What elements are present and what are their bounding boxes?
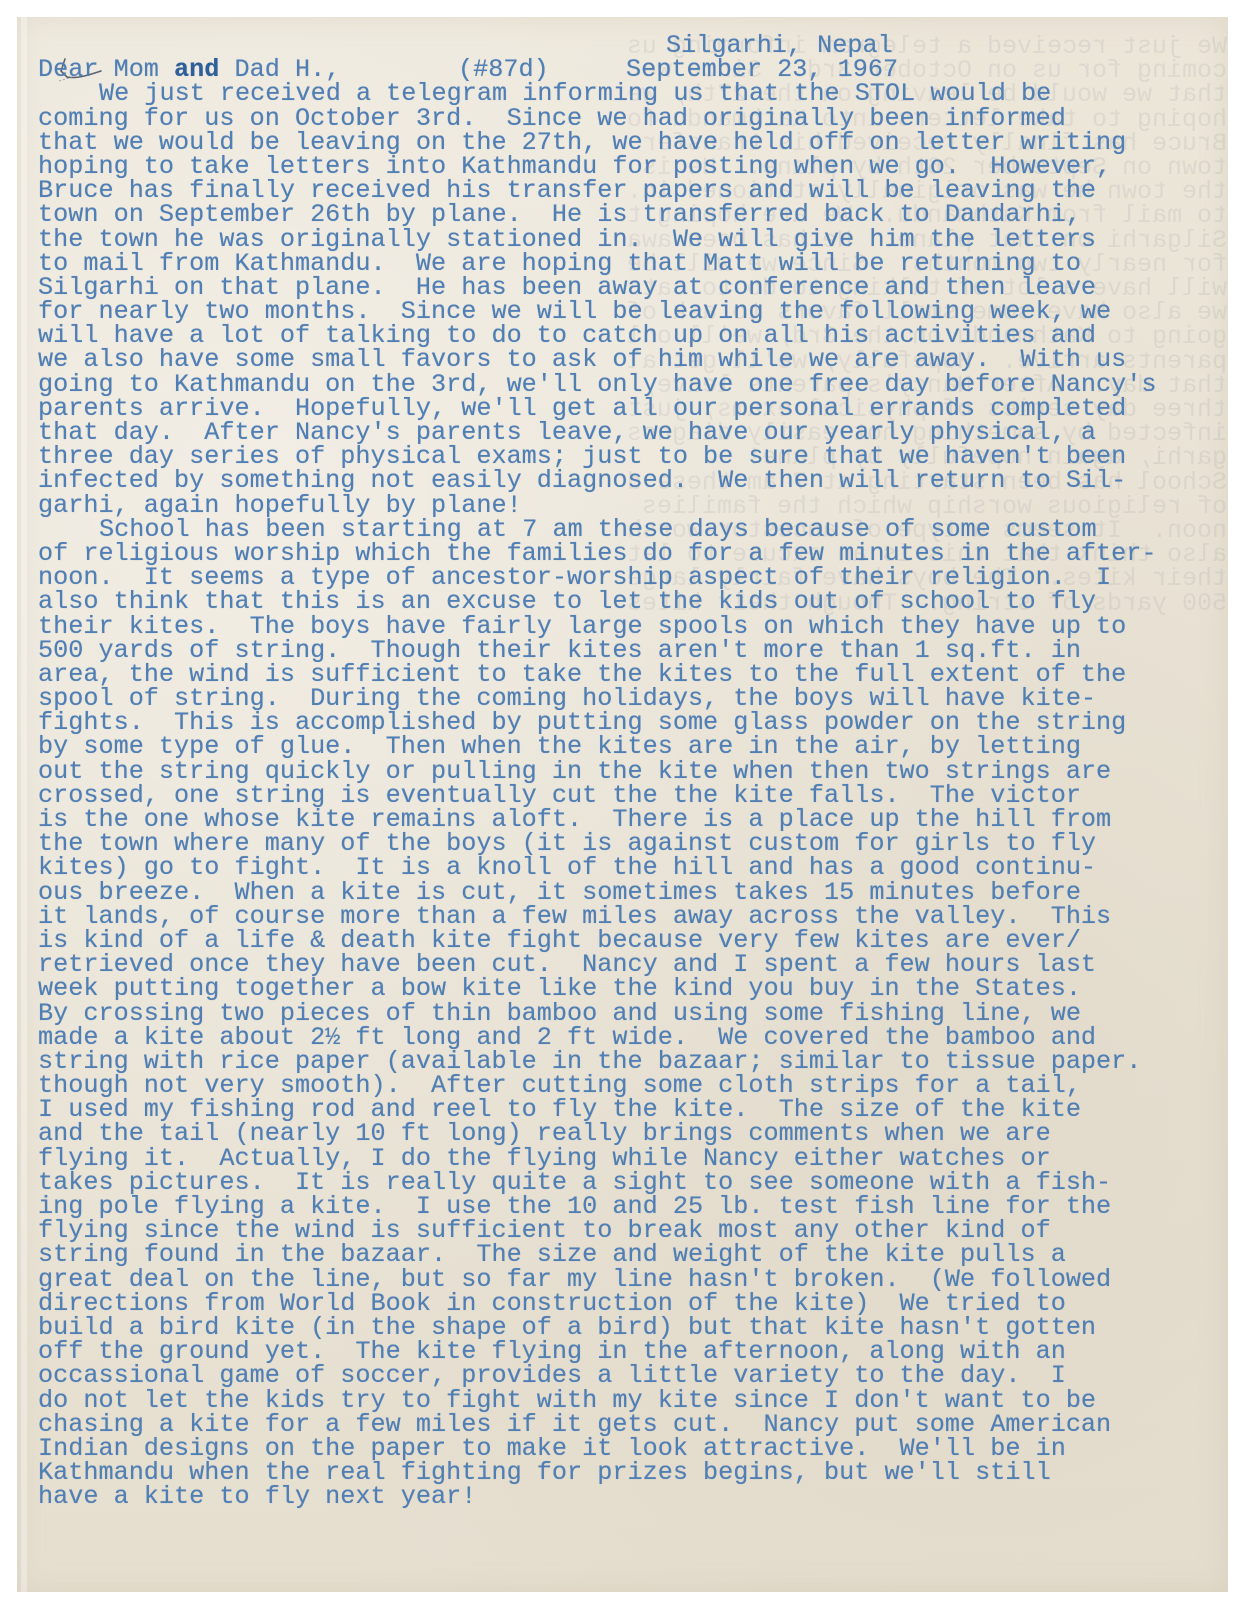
- text-line: infected by something not easily diagnos…: [38, 469, 1218, 493]
- text-line: town on September 26th by plane. He is t…: [38, 203, 1218, 227]
- text-line: kites) go to fight. It is a knoll of the…: [38, 856, 1218, 880]
- text-line: We just received a telegram informing us…: [38, 82, 1218, 106]
- text-line: also think that this is an excuse to let…: [38, 590, 1218, 614]
- paragraph: School has been starting at 7 am these d…: [38, 518, 1218, 1510]
- text-line: have a kite to fly next year!: [38, 1485, 1218, 1509]
- text-line: and the tail (nearly 10 ft long) really …: [38, 1122, 1218, 1146]
- text-line: string found in the bazaar. The size and…: [38, 1243, 1218, 1267]
- text-line: week putting together a bow kite like th…: [38, 977, 1218, 1001]
- text-line: by some type of glue. Then when the kite…: [38, 735, 1218, 759]
- letter-body: Silgarhi, Nepal Dear Mom and Dad H., (#8…: [38, 34, 1218, 1509]
- letter-paragraphs: We just received a telegram informing us…: [38, 82, 1218, 1509]
- text-line: we also have some small favors to ask of…: [38, 348, 1218, 372]
- paragraph: We just received a telegram informing us…: [38, 82, 1218, 517]
- text-line: occassional game of soccer, provides a l…: [38, 1364, 1218, 1388]
